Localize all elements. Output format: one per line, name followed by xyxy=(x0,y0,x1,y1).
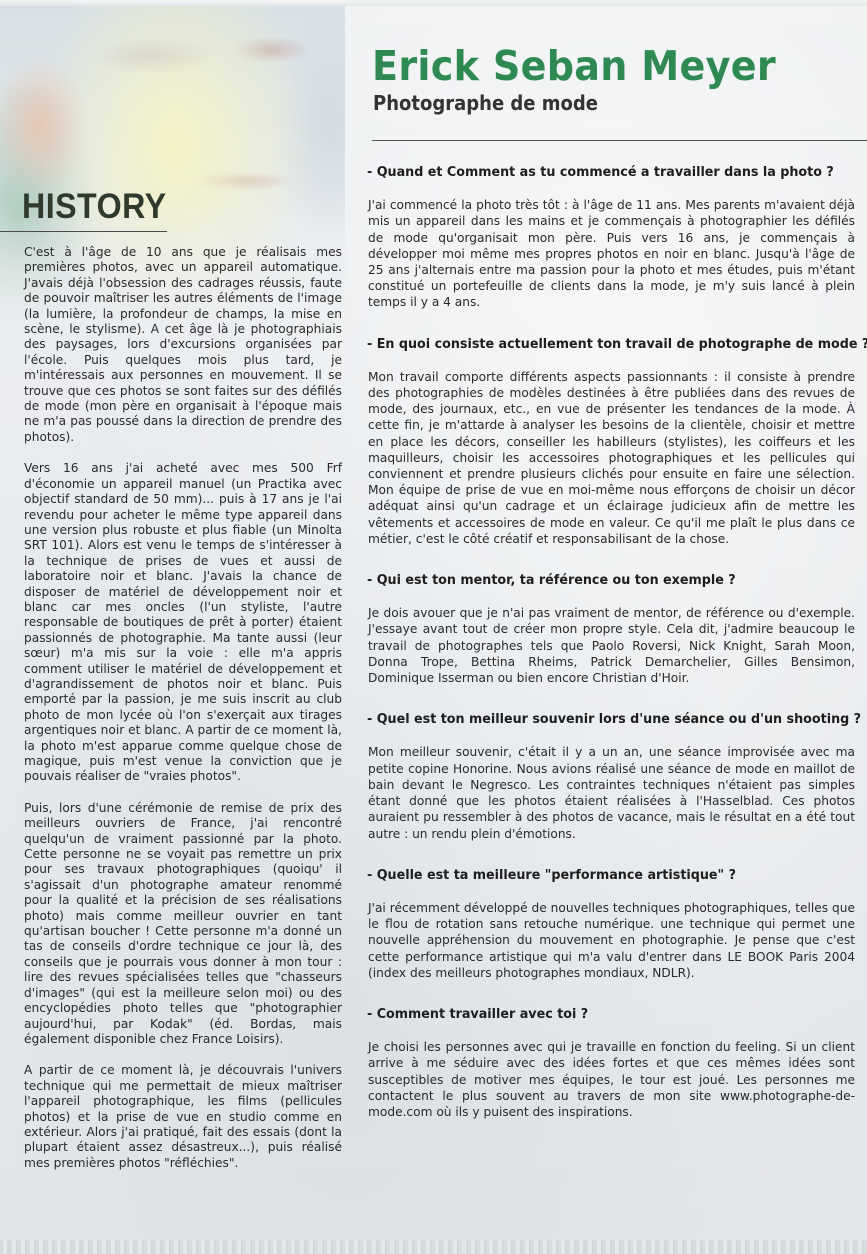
interview-question: - Quelle est ta meilleure "performance a… xyxy=(367,868,831,884)
qa-block: - Quelle est ta meilleure "performance a… xyxy=(368,868,855,981)
qa-block: - Quel est ton meilleur souvenir lors d'… xyxy=(368,712,855,841)
qa-block: - Quand et Comment as tu commencé a trav… xyxy=(368,165,855,311)
scan-bottom-edge xyxy=(0,1240,867,1254)
interview-question: - Comment travailler avec toi ? xyxy=(367,1007,831,1023)
page-subtitle: Photographe de mode xyxy=(373,91,598,115)
history-heading: HISTORY xyxy=(22,187,167,227)
interview-question: - En quoi consiste actuellement ton trav… xyxy=(367,337,831,353)
interview-answer: Je dois avouer que je n'ai pas vraiment … xyxy=(368,605,855,686)
history-paragraph: Puis, lors d'une cérémonie de remise de … xyxy=(24,801,342,1048)
interview-answer: Je choisi les personnes avec qui je trav… xyxy=(368,1039,855,1120)
qa-block: - En quoi consiste actuellement ton trav… xyxy=(368,337,855,547)
history-paragraph: A partir de ce moment là, je découvrais … xyxy=(24,1063,342,1171)
interview-question: - Quel est ton meilleur souvenir lors d'… xyxy=(367,712,831,728)
qa-block: - Qui est ton mentor, ta référence ou to… xyxy=(368,573,855,686)
history-column: C'est à l'âge de 10 ans que je réalisais… xyxy=(24,245,342,1187)
history-paragraph: Vers 16 ans j'ai acheté avec mes 500 Frf… xyxy=(24,461,342,785)
interview-answer: Mon travail comporte différents aspects … xyxy=(368,369,855,547)
interview-question: - Quand et Comment as tu commencé a trav… xyxy=(367,165,831,181)
history-paragraph: C'est à l'âge de 10 ans que je réalisais… xyxy=(24,245,342,445)
qa-block: - Comment travailler avec toi ? Je chois… xyxy=(368,1007,855,1120)
interview-column: - Quand et Comment as tu commencé a trav… xyxy=(368,165,855,1146)
interview-question: - Qui est ton mentor, ta référence ou to… xyxy=(367,573,831,589)
interview-answer: J'ai commencé la photo très tôt : à l'âg… xyxy=(368,197,855,310)
title-divider xyxy=(372,140,867,141)
interview-answer: J'ai récemment développé de nouvelles te… xyxy=(368,900,855,981)
history-divider xyxy=(0,231,167,232)
page-title: Erick Seban Meyer xyxy=(372,42,776,90)
interview-answer: Mon meilleur souvenir, c'était il y a un… xyxy=(368,744,855,841)
